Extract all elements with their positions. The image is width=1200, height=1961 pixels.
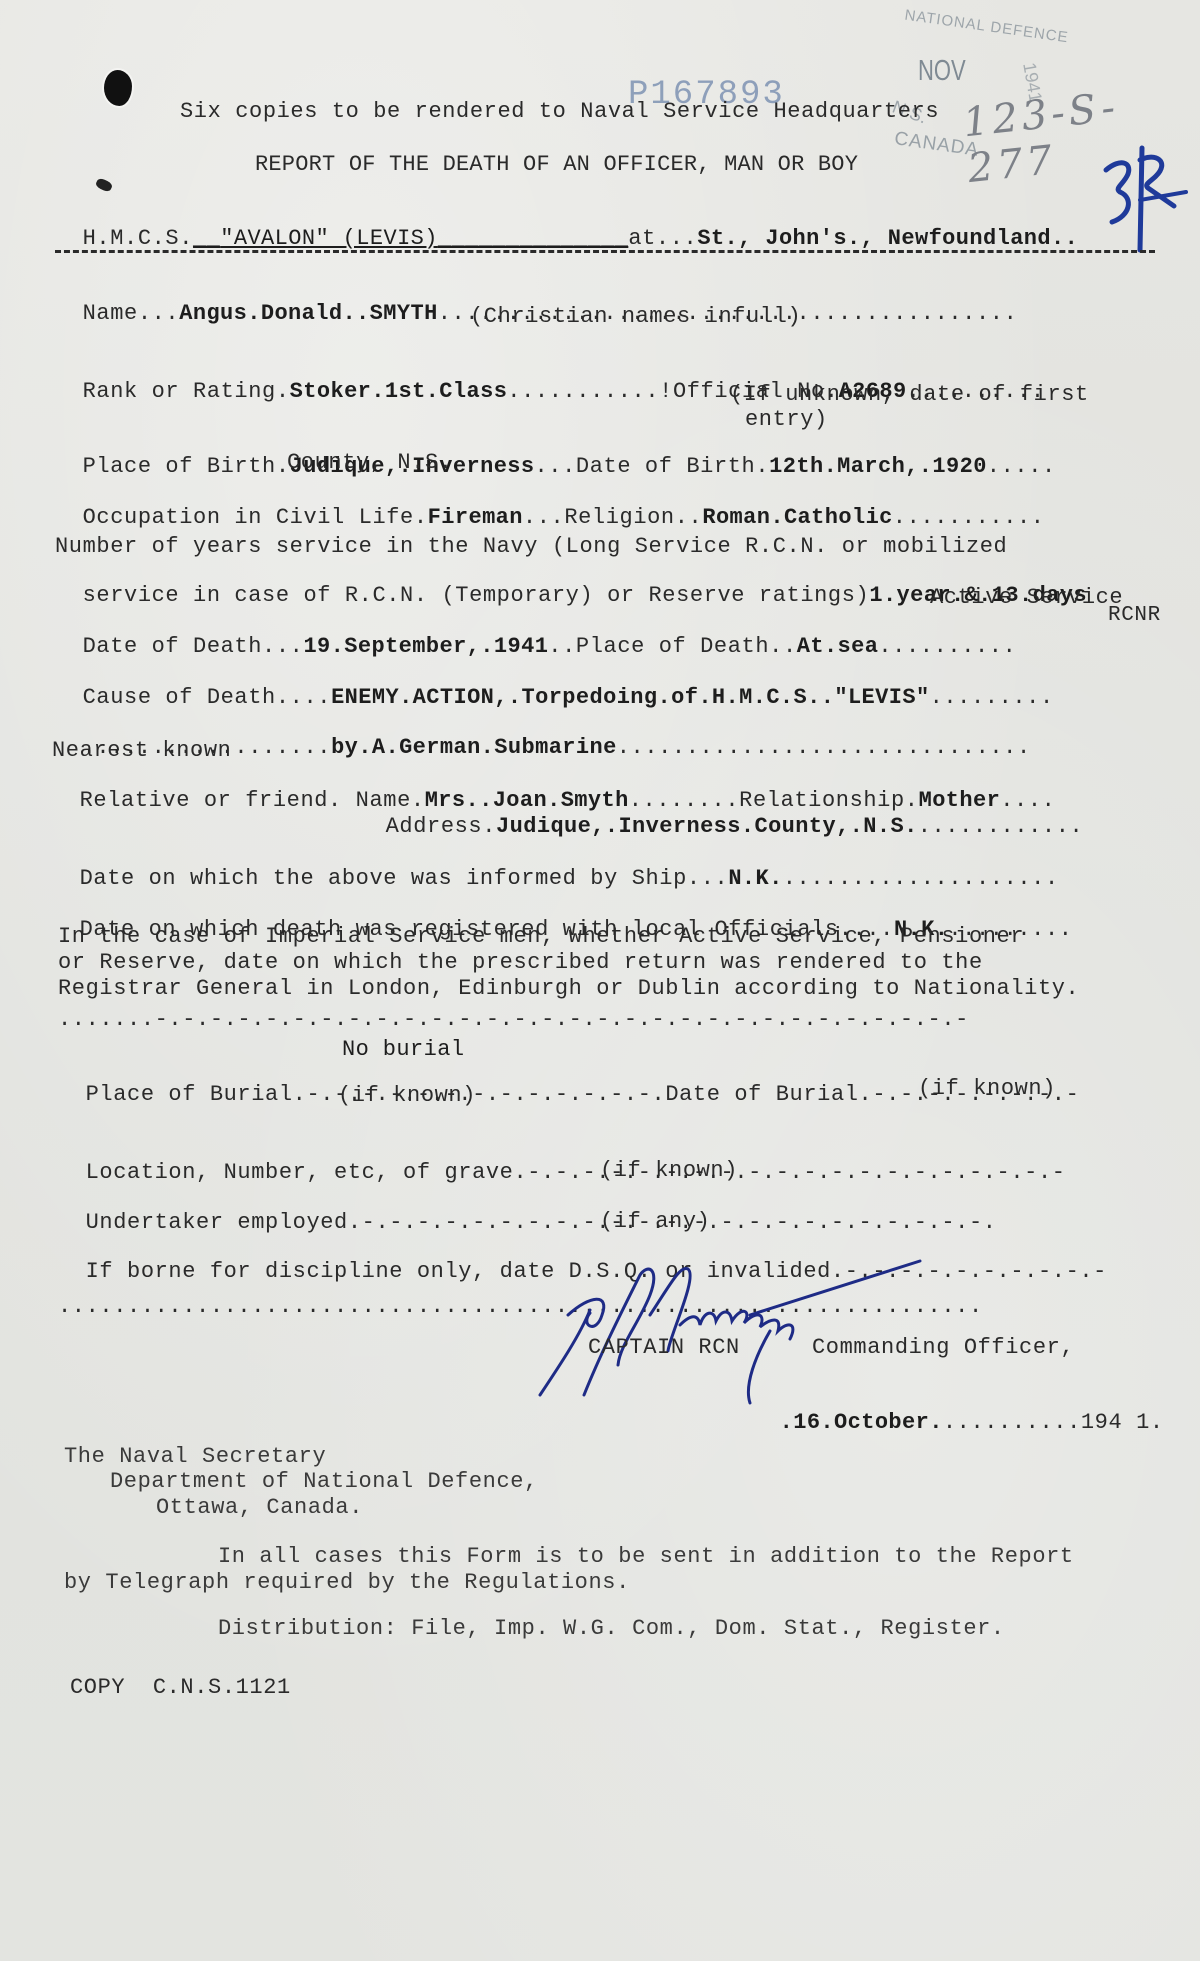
- signatory-rank: CAPTAIN RCN: [588, 1336, 740, 1360]
- name-label: Name...: [83, 301, 180, 326]
- imperial-line-3: Registrar General in London, Edinburgh o…: [58, 977, 1079, 1001]
- burial-date-note: (if known): [918, 1077, 1056, 1101]
- address-label: Address.: [386, 814, 496, 839]
- punch-hole: [104, 70, 132, 106]
- leader-dots: ............: [918, 814, 1084, 839]
- leader-dots: ...........!: [507, 379, 673, 404]
- leader-dots: .........: [930, 685, 1054, 710]
- undertaker-label: Undertaker employed.: [86, 1210, 362, 1235]
- page-title: REPORT OF THE DEATH OF AN OFFICER, MAN O…: [255, 153, 858, 177]
- cause-label: Cause of Death....: [83, 685, 331, 710]
- leader-dots: ..........: [943, 1410, 1081, 1435]
- leader-dots: .....: [987, 454, 1056, 479]
- informed-label: Date on which the above was informed by …: [80, 866, 729, 891]
- grave-row: Location, Number, etc, of grave.-.-.-.-.…: [58, 1137, 1066, 1185]
- instruction-line: Six copies to be rendered to Naval Servi…: [180, 100, 939, 124]
- burial-place-label: Place of Burial.: [86, 1082, 307, 1107]
- occupation-label: Occupation in Civil Life.: [83, 505, 428, 530]
- religion-value: Roman.Catholic: [702, 505, 892, 530]
- at-label: at...: [628, 226, 697, 251]
- footer-address-2: Department of National Defence,: [110, 1470, 538, 1494]
- service-value-2: Active Service: [930, 586, 1123, 610]
- undertaker-row: Undertaker employed.-.-.-.-.-.-.-.-.-.-.…: [58, 1187, 997, 1235]
- service-label-1: Number of years service in the Navy (Lon…: [55, 535, 1007, 559]
- at-value: St., John's., Newfoundland..: [697, 226, 1078, 251]
- rank-value: Stoker.1st.Class: [290, 379, 508, 404]
- imperial-answer-dashes: .......-.-.-.-.-.-.-.-.-.-.-.-.-.-.-.-.-…: [58, 1008, 969, 1032]
- grave-label: Location, Number, etc, of grave.: [86, 1160, 528, 1185]
- undertaker-note: (if any): [600, 1210, 710, 1234]
- signature-scrawl: [520, 1255, 940, 1405]
- informed-row: Date on which the above was informed by …: [52, 843, 1059, 891]
- cause-value: ENEMY.ACTION,.Torpedoing.of.H.M.C.S.."LE…: [331, 685, 930, 710]
- occupation-row: Occupation in Civil Life.Fireman...Relig…: [55, 482, 1045, 530]
- copy-reference: COPY C.N.S.1121: [70, 1676, 291, 1700]
- cause-row: Cause of Death....ENEMY.ACTION,.Torpedoi…: [55, 662, 1054, 710]
- footer-address-3: Ottawa, Canada.: [156, 1496, 363, 1520]
- birth-place-label: Place of Birth.: [83, 454, 290, 479]
- death-date-label: Date of Death...: [83, 634, 304, 659]
- imperial-line-1: In the case of Imperial Service men, whe…: [58, 925, 1024, 949]
- ship-line: H.M.C.S.__"AVALON" (LEVIS)______________…: [55, 203, 1078, 251]
- signature-date-day-month: .16.October.: [780, 1410, 943, 1435]
- leader-dots: ...: [523, 505, 564, 530]
- death-place-value: At.sea: [797, 634, 879, 659]
- footer-note-2: by Telegraph required by the Regulations…: [64, 1571, 630, 1595]
- burial-place-note: (if known): [338, 1084, 476, 1108]
- relative-label-1: Nearest known: [52, 739, 231, 763]
- leader-dots: ..........: [878, 634, 1016, 659]
- relative-label-2: Relative or friend.: [80, 788, 342, 813]
- service-label-2: service in case of R.C.N. (Temporary) or…: [83, 583, 870, 608]
- birth-place-value-2: County, N.S.: [287, 451, 453, 475]
- imperial-line-2: or Reserve, date on which the prescribed…: [58, 951, 983, 975]
- service-value-3: RCNR: [1108, 604, 1161, 628]
- name-note: (Christian names infull): [470, 305, 801, 329]
- footer-address-1: The Naval Secretary: [64, 1445, 326, 1469]
- death-place-label: Place of Death..: [576, 634, 797, 659]
- stamp-month: NOV: [918, 54, 966, 88]
- address-value: Judique,.Inverness.County,.N.S.: [496, 814, 918, 839]
- leader-dots: ..: [548, 634, 576, 659]
- footer-note-1: In all cases this Form is to be sent in …: [218, 1545, 1074, 1569]
- official-no-note-1: (If unknown, date of first: [730, 383, 1089, 407]
- grave-note: (if known): [600, 1159, 738, 1183]
- distribution-line: Distribution: File, Imp. W.G. Com., Dom.…: [218, 1617, 1005, 1641]
- death-row: Date of Death...19.September,.1941..Plac…: [55, 611, 1016, 659]
- leader-dots: ...: [535, 454, 576, 479]
- header-divider: [55, 250, 1155, 253]
- signature-date-year: 194 1.: [1081, 1410, 1164, 1435]
- birth-date-label: Date of Birth.: [576, 454, 769, 479]
- leader-dots: ...........: [893, 505, 1045, 530]
- address-row: Address.Judique,.Inverness.County,.N.S..…: [358, 791, 1083, 839]
- informed-value: N.K.: [728, 866, 782, 891]
- occupation-value: Fireman: [428, 505, 523, 530]
- signatory-role: Commanding Officer,: [812, 1336, 1074, 1360]
- religion-label: Religion..: [564, 505, 702, 530]
- official-no-note-2: entry): [745, 408, 828, 432]
- cause-value-2: by.A.German.Submarine: [331, 735, 617, 760]
- blue-annotation-mark: [1100, 140, 1190, 260]
- leader-dots: ....................: [783, 866, 1059, 891]
- ship-value: __"AVALON" (LEVIS)______________: [193, 226, 628, 251]
- paper-nick: [95, 177, 114, 193]
- rank-label: Rank or Rating.: [83, 379, 290, 404]
- birth-date-value: 12th.March,.1920: [769, 454, 987, 479]
- name-value: Angus.Donald..SMYTH: [179, 301, 437, 326]
- signature-date: .16.October...........194 1.: [752, 1387, 1164, 1435]
- death-date-value: 19.September,.1941: [303, 634, 548, 659]
- birth-row: Place of Birth.Judique,.Inverness...Date…: [55, 431, 1056, 479]
- ship-label: H.M.C.S.: [83, 226, 193, 251]
- leader-dots: ..............................: [617, 735, 1031, 760]
- burial-date-label: Date of Burial.: [665, 1082, 872, 1107]
- stamp-org: NATIONAL DEFENCE: [904, 7, 1070, 47]
